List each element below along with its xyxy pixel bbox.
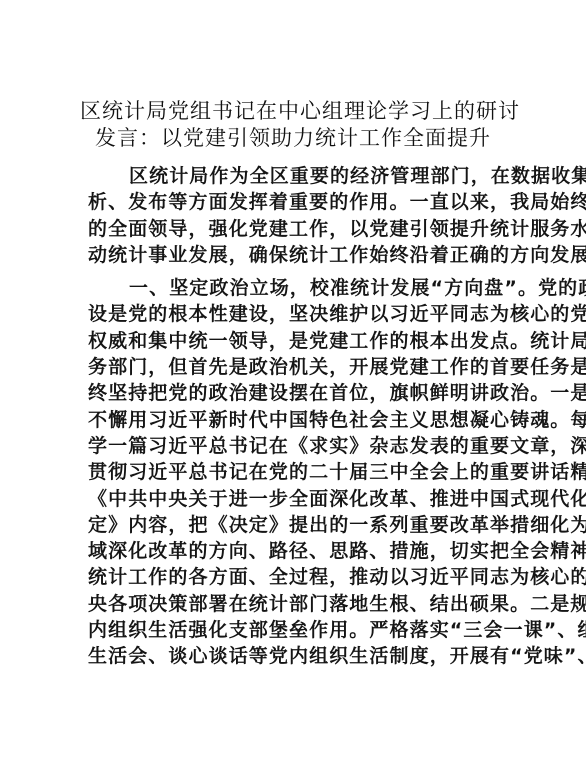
text-line: 动统计事业发展，确保统计工作始终沿着正确的方向发展。	[88, 242, 502, 268]
text-line: 的全面领导，强化党建工作，以党建引领提升统计服务水平、推	[88, 216, 502, 242]
text-line: 不懈用习近平新时代中国特色社会主义思想凝心铸魂。每月必	[88, 407, 502, 433]
paragraph-intro: 区统计局作为全区重要的经济管理部门，在数据收集、分 析、发布等方面发挥着重要的作…	[88, 163, 502, 268]
text-line: 权威和集中统一领导，是党建工作的根本出发点。统计局是业	[88, 328, 502, 354]
text-line: 终坚持把党的政治建设摆在首位，旗帜鲜明讲政治。一是坚持	[88, 380, 502, 406]
text-line: 统计工作的各方面、全过程，推动以习近平同志为核心的党中	[88, 564, 502, 590]
text-line: 析、发布等方面发挥着重要的作用。一直以来，我局始终坚持党	[88, 189, 502, 215]
document-body: 区统计局作为全区重要的经济管理部门，在数据收集、分 析、发布等方面发挥着重要的作…	[88, 163, 502, 677]
text-line: 设是党的根本性建设，坚决维护以习近平同志为核心的党中央	[88, 301, 502, 327]
text-line: 贯彻习近平总书记在党的二十届三中全会上的重要讲话精神和	[88, 459, 502, 485]
text-line: 区统计局作为全区重要的经济管理部门，在数据收集、分	[88, 163, 502, 189]
text-line: 定》内容，把《决定》提出的一系列重要改革举措细化为统计领	[88, 512, 502, 538]
text-line: 内组织生活强化支部堡垒作用。严格落实“三会一课”、组织	[88, 617, 502, 643]
text-line: 生活会、谈心谈话等党内组织生活制度，开展有“党味”、有灵	[88, 643, 502, 669]
text-line: 一、坚定政治立场，校准统计发展“方向盘”。党的政治建	[88, 275, 502, 301]
text-line: 学一篇习近平总书记在《求实》杂志发表的重要文章，深入学习	[88, 433, 502, 459]
title-line: 发言：以党建引领助力统计工作全面提升	[80, 125, 506, 152]
document-title: 区统计局党组书记在中心组理论学习上的研讨 发言：以党建引领助力统计工作全面提升	[80, 98, 506, 152]
title-line: 区统计局党组书记在中心组理论学习上的研讨	[80, 98, 506, 125]
document-page: 区统计局党组书记在中心组理论学习上的研讨 发言：以党建引领助力统计工作全面提升 …	[0, 0, 586, 759]
text-line: 务部门，但首先是政治机关，开展党建工作的首要任务是要始	[88, 354, 502, 380]
text-line: 央各项决策部署在统计部门落地生根、结出硕果。二是规范党	[88, 591, 502, 617]
text-line: 《中共中央关于进一步全面深化改革、推进中国式现代化的决	[88, 486, 502, 512]
paragraph-section-one: 一、坚定政治立场，校准统计发展“方向盘”。党的政治建 设是党的根本性建设，坚决维…	[88, 275, 502, 669]
text-line: 域深化改革的方向、路径、思路、措施，切实把全会精神落实到	[88, 538, 502, 564]
